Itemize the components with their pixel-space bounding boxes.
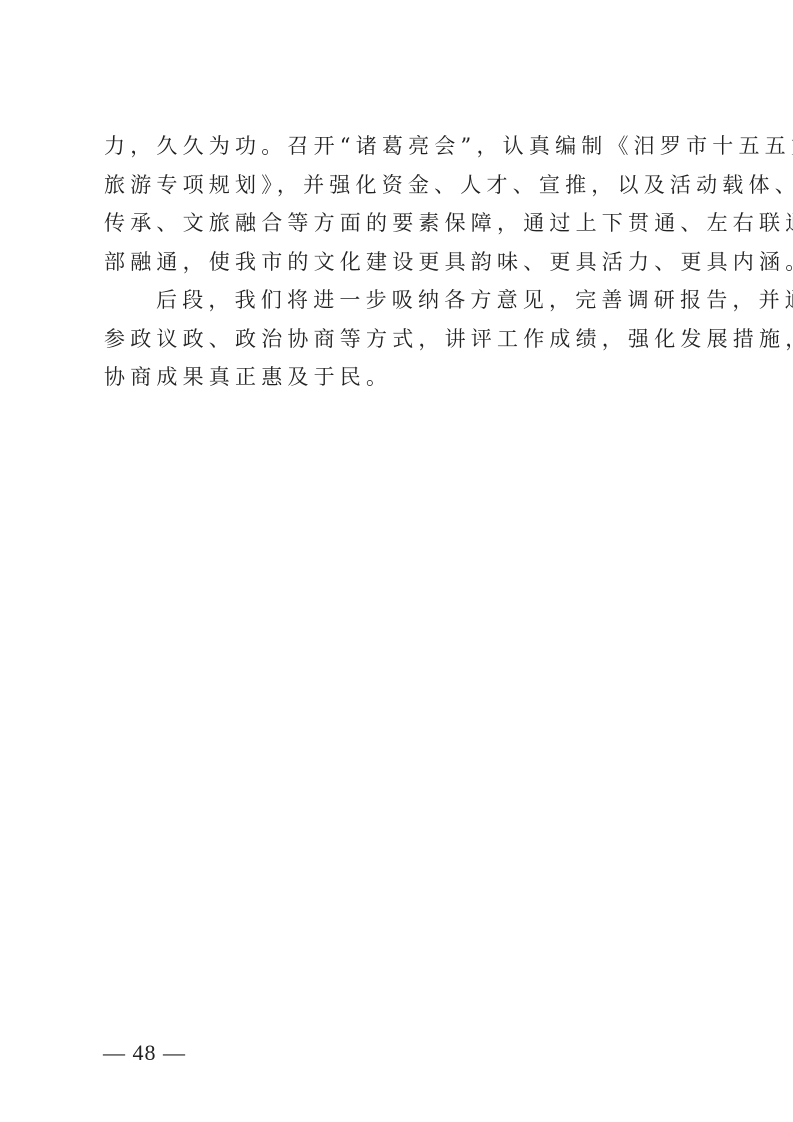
text-line: 旅游专项规划》，并强化资金、人才、宣推，以及活动载体、龙舟 (104, 166, 696, 205)
text-line: 后段，我们将进一步吸纳各方意见，完善调研报告，并通过 (104, 281, 696, 320)
paragraph-2: 后段，我们将进一步吸纳各方意见，完善调研报告，并通过 参政议政、政治协商等方式，… (104, 281, 696, 397)
document-page: 力，久久为功。召开“诸葛亮会”，认真编制《汨罗市十五五文化 旅游专项规划》，并强… (0, 0, 793, 1122)
paragraph-1: 力，久久为功。召开“诸葛亮会”，认真编制《汨罗市十五五文化 旅游专项规划》，并强… (104, 127, 696, 281)
body-text: 力，久久为功。召开“诸葛亮会”，认真编制《汨罗市十五五文化 旅游专项规划》，并强… (104, 127, 696, 397)
text-line: 协商成果真正惠及于民。 (104, 358, 696, 397)
text-line: 部融通，使我市的文化建设更具韵味、更具活力、更具内涵。 (104, 243, 696, 282)
text-line: 参政议政、政治协商等方式，讲评工作成绩，强化发展措施，使 (104, 320, 696, 359)
text-line: 传承、文旅融合等方面的要素保障，通过上下贯通、左右联通、内 (104, 204, 696, 243)
text-line: 力，久久为功。召开“诸葛亮会”，认真编制《汨罗市十五五文化 (104, 127, 696, 166)
page-number: — 48 — (103, 1040, 186, 1066)
